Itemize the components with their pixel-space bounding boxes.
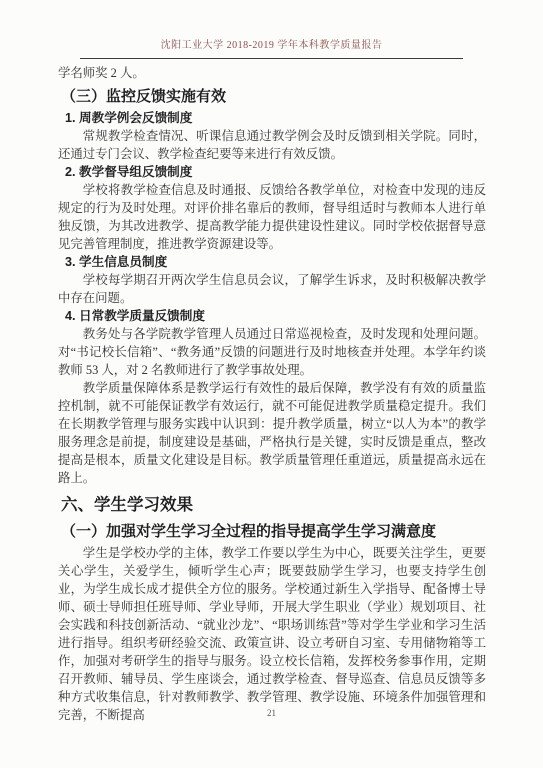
report-title: 沈阳工业大学 2018-2019 学年本科教学质量报告 [161, 40, 383, 51]
page-header: 沈阳工业大学 2018-2019 学年本科教学质量报告 [80, 35, 463, 59]
paragraph: 学名师奖 2 人。 [58, 64, 486, 82]
paragraph: 学生是学校办学的主体，教学工作要以学生为中心，既要关注学生，更要关心学生，关爱学… [58, 544, 486, 724]
numbered-heading: 3. 学生信息员制度 [58, 253, 486, 271]
document-page: 沈阳工业大学 2018-2019 学年本科教学质量报告 学名师奖 2 人。（三）… [0, 0, 543, 768]
numbered-heading: 4. 日常教学质量反馈制度 [58, 307, 486, 325]
page-number: 21 [267, 708, 276, 718]
section-heading: 六、学生学习效果 [58, 494, 486, 516]
page-footer: 21 [0, 703, 543, 721]
paragraph: 教学质量保障体系是教学运行有效性的最后保障，教学没有有效的质量监控机制，就不可能… [58, 379, 486, 487]
numbered-heading: 1. 周教学例会反馈制度 [58, 109, 486, 127]
subsection-heading: （三）监控反馈实施有效 [58, 86, 486, 107]
subsection-heading: （一）加强对学生学习全过程的指导提高学生学习满意度 [58, 521, 486, 542]
paragraph: 学校每学期召开两次学生信息员会议，了解学生诉求，及时积极解决教学中存在问题。 [58, 271, 486, 307]
paragraph: 教务处与各学院教学管理人员通过日常巡视检查，及时发现和处理问题。对“书记校长信箱… [58, 325, 486, 379]
paragraph: 常规教学检查情况、听课信息通过教学例会及时反馈到相关学院。同时，还通过专门会议、… [58, 127, 486, 163]
paragraph: 学校将教学检查信息及时通报、反馈给各教学单位，对检查中发现的违反规定的行为及时处… [58, 181, 486, 253]
document-body: 学名师奖 2 人。（三）监控反馈实施有效1. 周教学例会反馈制度常规教学检查情况… [58, 64, 486, 724]
numbered-heading: 2. 教学督导组反馈制度 [58, 163, 486, 181]
